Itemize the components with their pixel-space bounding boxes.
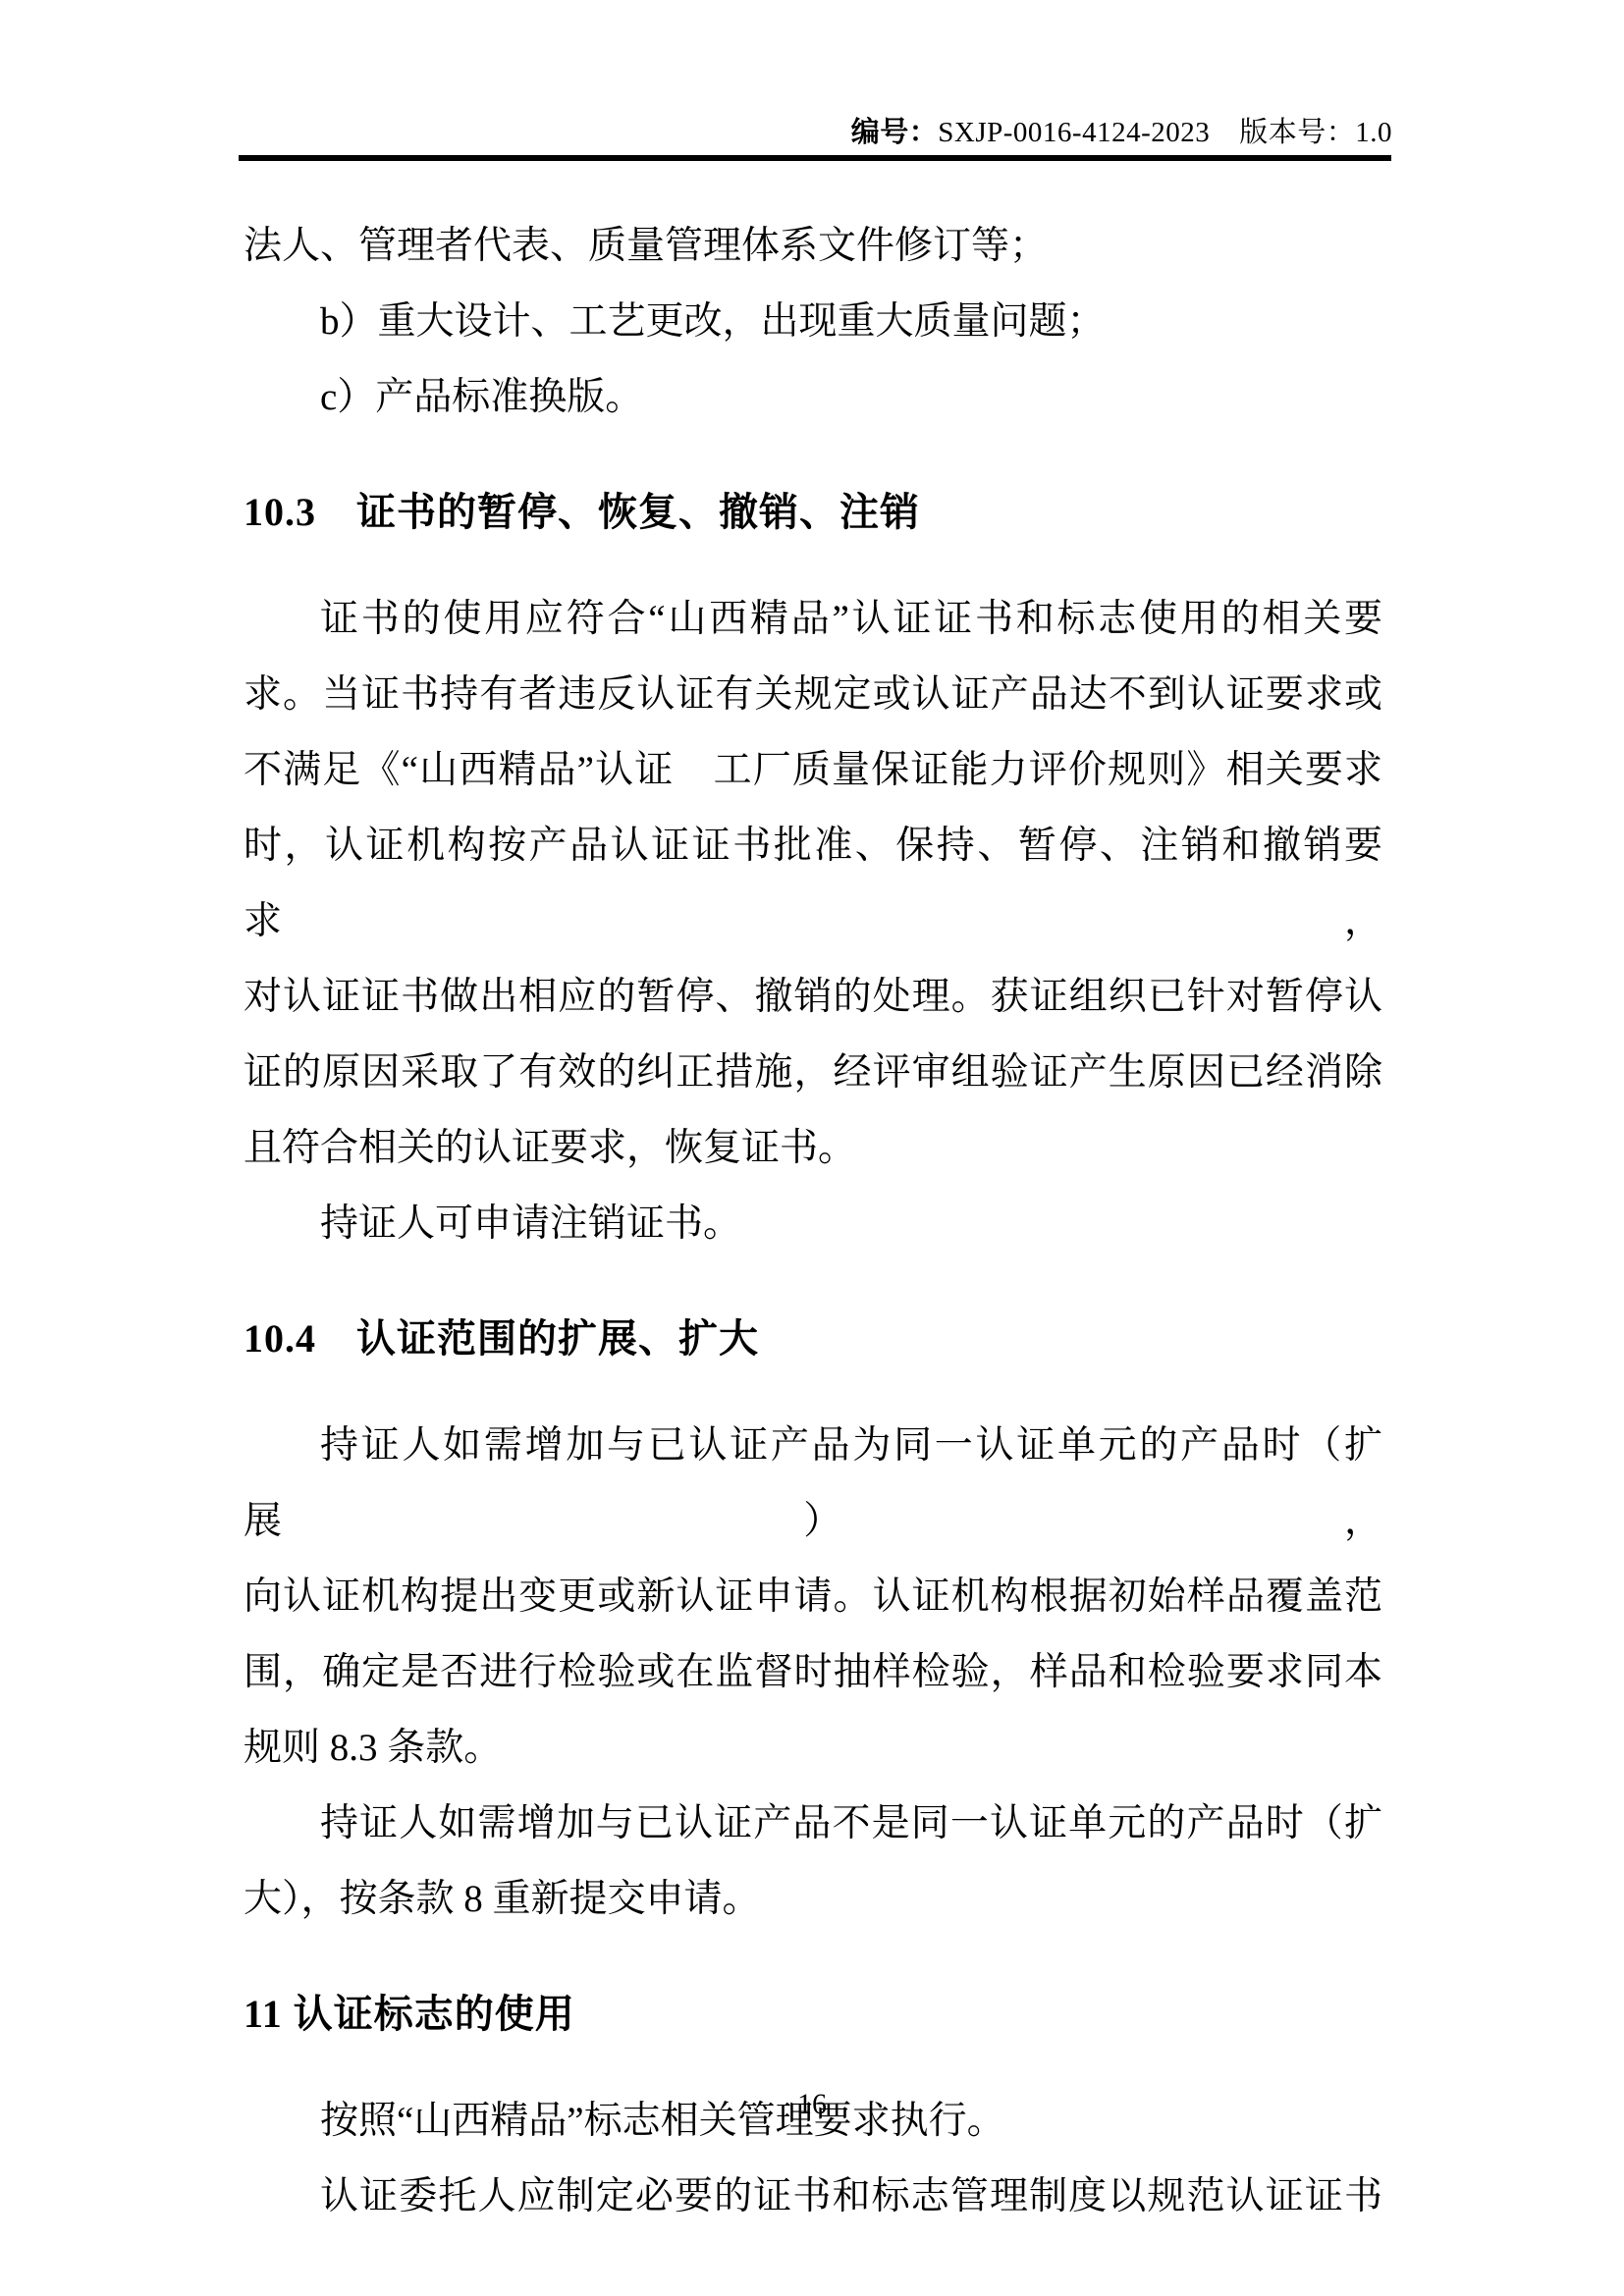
doc-code-label: 编号： — [851, 117, 939, 148]
list-item-b: b）重大设计、工艺更改，出现重大质量问题； — [244, 284, 1382, 359]
section-heading-10-4: 10.4 认证范围的扩展、扩大 — [244, 1301, 1382, 1376]
text-line: 证书的使用应符合“山西精品”认证证书和标志使用的相关要 — [244, 581, 1382, 657]
text-line: 法人、管理者代表、质量管理体系文件修订等； — [244, 208, 1382, 284]
paragraph-mark-management: 认证委托人应制定必要的证书和标志管理制度以规范认证证书 — [244, 2159, 1382, 2234]
text-line: 时，认证机构按产品认证证书批准、保持、暂停、注销和撤销要求， — [244, 808, 1382, 959]
text-line: 围，确定是否进行检验或在监督时抽样检验，样品和检验要求同本 — [244, 1634, 1382, 1710]
text-line: 不满足《“山西精品”认证 工厂质量保证能力评价规则》相关要求 — [244, 732, 1382, 808]
text-line: 向认证机构提出变更或新认证申请。认证机构根据初始样品覆盖范 — [244, 1559, 1382, 1634]
text-line: b）重大设计、工艺更改，出现重大质量问题； — [244, 284, 1382, 359]
text-line: 规则 8.3 条款。 — [244, 1710, 1382, 1786]
text-line: 证的原因采取了有效的纠正措施，经评审组验证产生原因已经消除 — [244, 1035, 1382, 1110]
text-line: 持证人如需增加与已认证产品不是同一认证单元的产品时（扩 — [244, 1786, 1382, 1861]
doc-code-value: SXJP-0016-4124-2023 — [938, 117, 1210, 148]
text-line: 求。当证书持有者违反认证有关规定或认证产品达不到认证要求或 — [244, 657, 1382, 732]
doc-version-label: 版本号： — [1239, 117, 1355, 148]
text-line: 持证人可申请注销证书。 — [244, 1186, 1382, 1261]
page-number: 16 — [797, 2088, 827, 2120]
document-page: 编号：SXJP-0016-4124-2023版本号：1.0 法人、管理者代表、质… — [0, 0, 1624, 2296]
document-footer: 16 — [0, 2087, 1624, 2122]
paragraph-continuation: 法人、管理者代表、质量管理体系文件修订等； — [244, 208, 1382, 284]
section-heading-10-3: 10.3 证书的暂停、恢复、撤销、注销 — [244, 474, 1382, 550]
paragraph-cancel-request: 持证人可申请注销证书。 — [244, 1186, 1382, 1261]
paragraph-certificate-suspension: 证书的使用应符合“山西精品”认证证书和标志使用的相关要 求。当证书持有者违反认证… — [244, 581, 1382, 1186]
doc-version-value: 1.0 — [1355, 117, 1392, 148]
paragraph-scope-extension: 持证人如需增加与已认证产品为同一认证单元的产品时（扩展）， 向认证机构提出变更或… — [244, 1408, 1382, 1786]
document-content: 法人、管理者代表、质量管理体系文件修订等； b）重大设计、工艺更改，出现重大质量… — [244, 208, 1382, 2234]
text-line: c）产品标准换版。 — [244, 359, 1382, 435]
header-divider-rule — [239, 155, 1391, 161]
document-header: 编号：SXJP-0016-4124-2023版本号：1.0 — [851, 116, 1392, 149]
list-item-c: c）产品标准换版。 — [244, 359, 1382, 435]
text-line: 对认证证书做出相应的暂停、撤销的处理。获证组织已针对暂停认 — [244, 959, 1382, 1035]
text-line: 认证委托人应制定必要的证书和标志管理制度以规范认证证书 — [244, 2159, 1382, 2234]
text-line: 持证人如需增加与已认证产品为同一认证单元的产品时（扩展）， — [244, 1408, 1382, 1559]
paragraph-scope-enlargement: 持证人如需增加与已认证产品不是同一认证单元的产品时（扩 大），按条款 8 重新提… — [244, 1786, 1382, 1937]
text-line: 且符合相关的认证要求，恢复证书。 — [244, 1110, 1382, 1186]
section-heading-11: 11 认证标志的使用 — [244, 1976, 1382, 2052]
text-line: 大），按条款 8 重新提交申请。 — [244, 1861, 1382, 1937]
